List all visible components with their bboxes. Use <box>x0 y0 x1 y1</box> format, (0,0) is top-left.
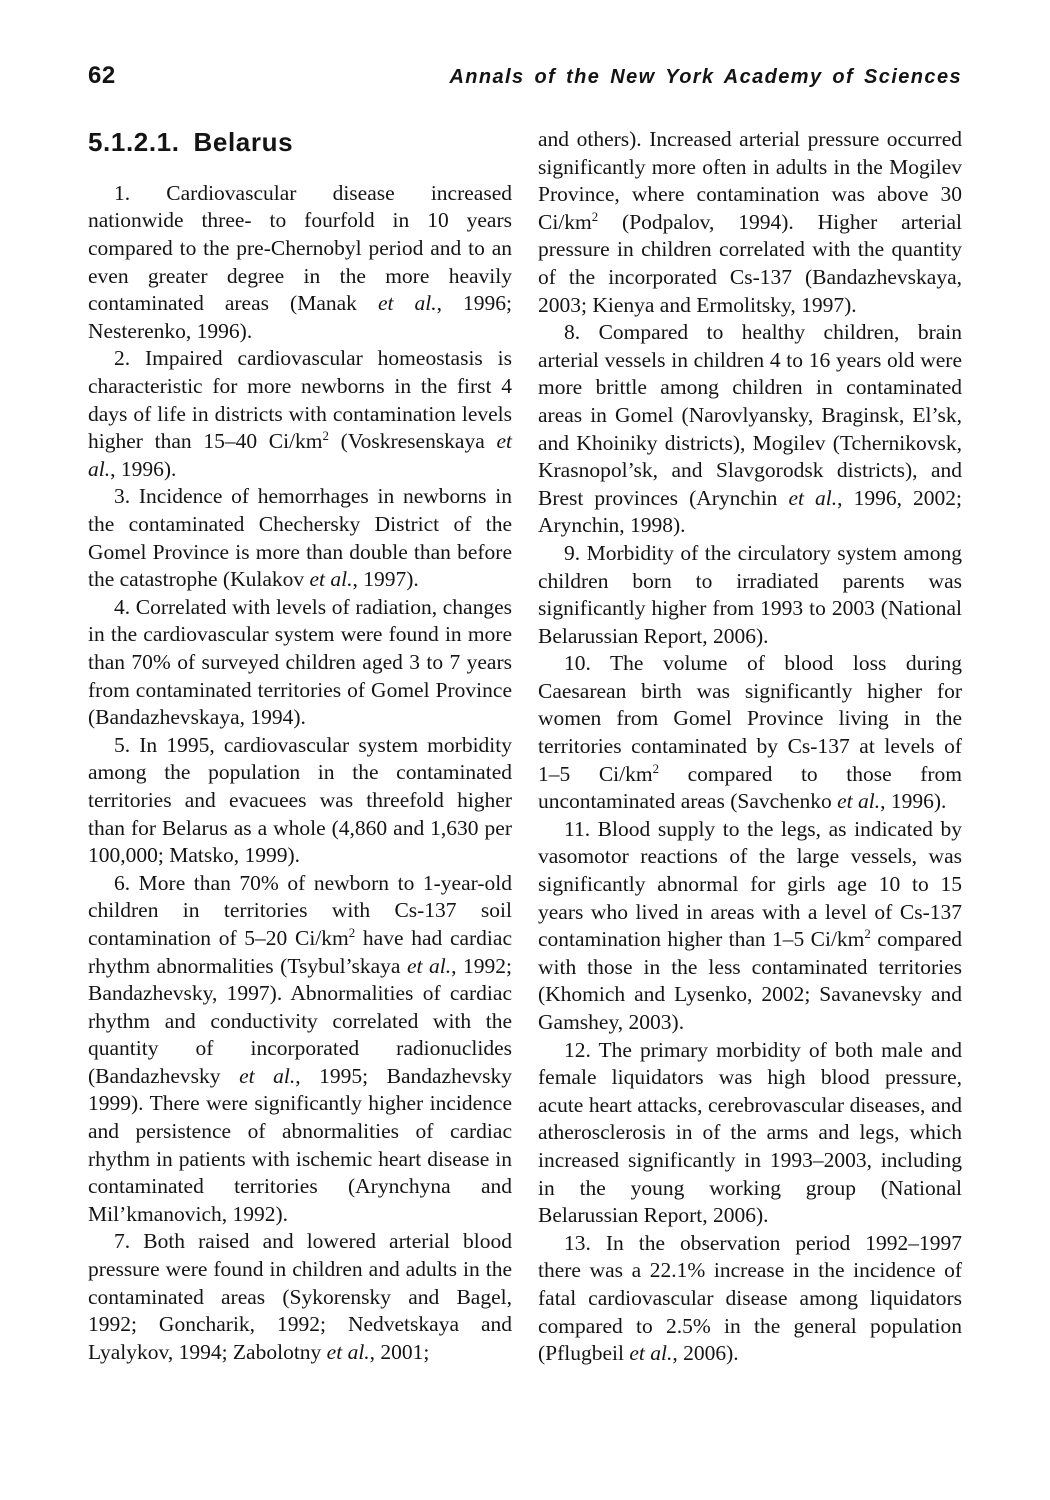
two-column-body: 5.1.2.1.Belarus 1. Cardiovascular diseas… <box>88 126 962 1368</box>
page-number: 62 <box>88 62 116 90</box>
paragraph: and others). Increased arterial pressure… <box>538 126 962 319</box>
book-page: 62 Annals of the New York Academy of Sci… <box>0 0 1050 1500</box>
paragraph: 5. In 1995, cardiovascular system morbid… <box>88 732 512 870</box>
right-column: and others). Increased arterial pressure… <box>538 126 962 1368</box>
paragraph: 12. The primary morbidity of both male a… <box>538 1037 962 1230</box>
journal-running-head: Annals of the New York Academy of Scienc… <box>449 66 962 89</box>
running-header: 62 Annals of the New York Academy of Sci… <box>88 62 962 90</box>
paragraph: 13. In the observation period 1992–1997 … <box>538 1230 962 1368</box>
left-column: 5.1.2.1.Belarus 1. Cardiovascular diseas… <box>88 126 512 1368</box>
paragraph: 4. Correlated with levels of radiation, … <box>88 594 512 732</box>
left-column-paragraphs: 1. Cardiovascular disease increased nati… <box>88 180 512 1367</box>
paragraph: 8. Compared to healthy children, brain a… <box>538 319 962 540</box>
paragraph: 3. Incidence of hemorrhages in newborns … <box>88 483 512 593</box>
paragraph: 11. Blood supply to the legs, as indicat… <box>538 816 962 1037</box>
section-heading: 5.1.2.1.Belarus <box>88 128 512 158</box>
right-column-paragraphs: and others). Increased arterial pressure… <box>538 126 962 1368</box>
paragraph: 2. Impaired cardiovascular homeostasis i… <box>88 345 512 483</box>
paragraph: 6. More than 70% of newborn to 1-year-ol… <box>88 870 512 1229</box>
section-title: Belarus <box>194 127 294 157</box>
paragraph: 7. Both raised and lowered arterial bloo… <box>88 1228 512 1366</box>
paragraph: 1. Cardiovascular disease increased nati… <box>88 180 512 346</box>
section-number: 5.1.2.1. <box>88 127 180 157</box>
paragraph: 9. Morbidity of the circulatory system a… <box>538 540 962 650</box>
paragraph: 10. The volume of blood loss during Caes… <box>538 650 962 816</box>
